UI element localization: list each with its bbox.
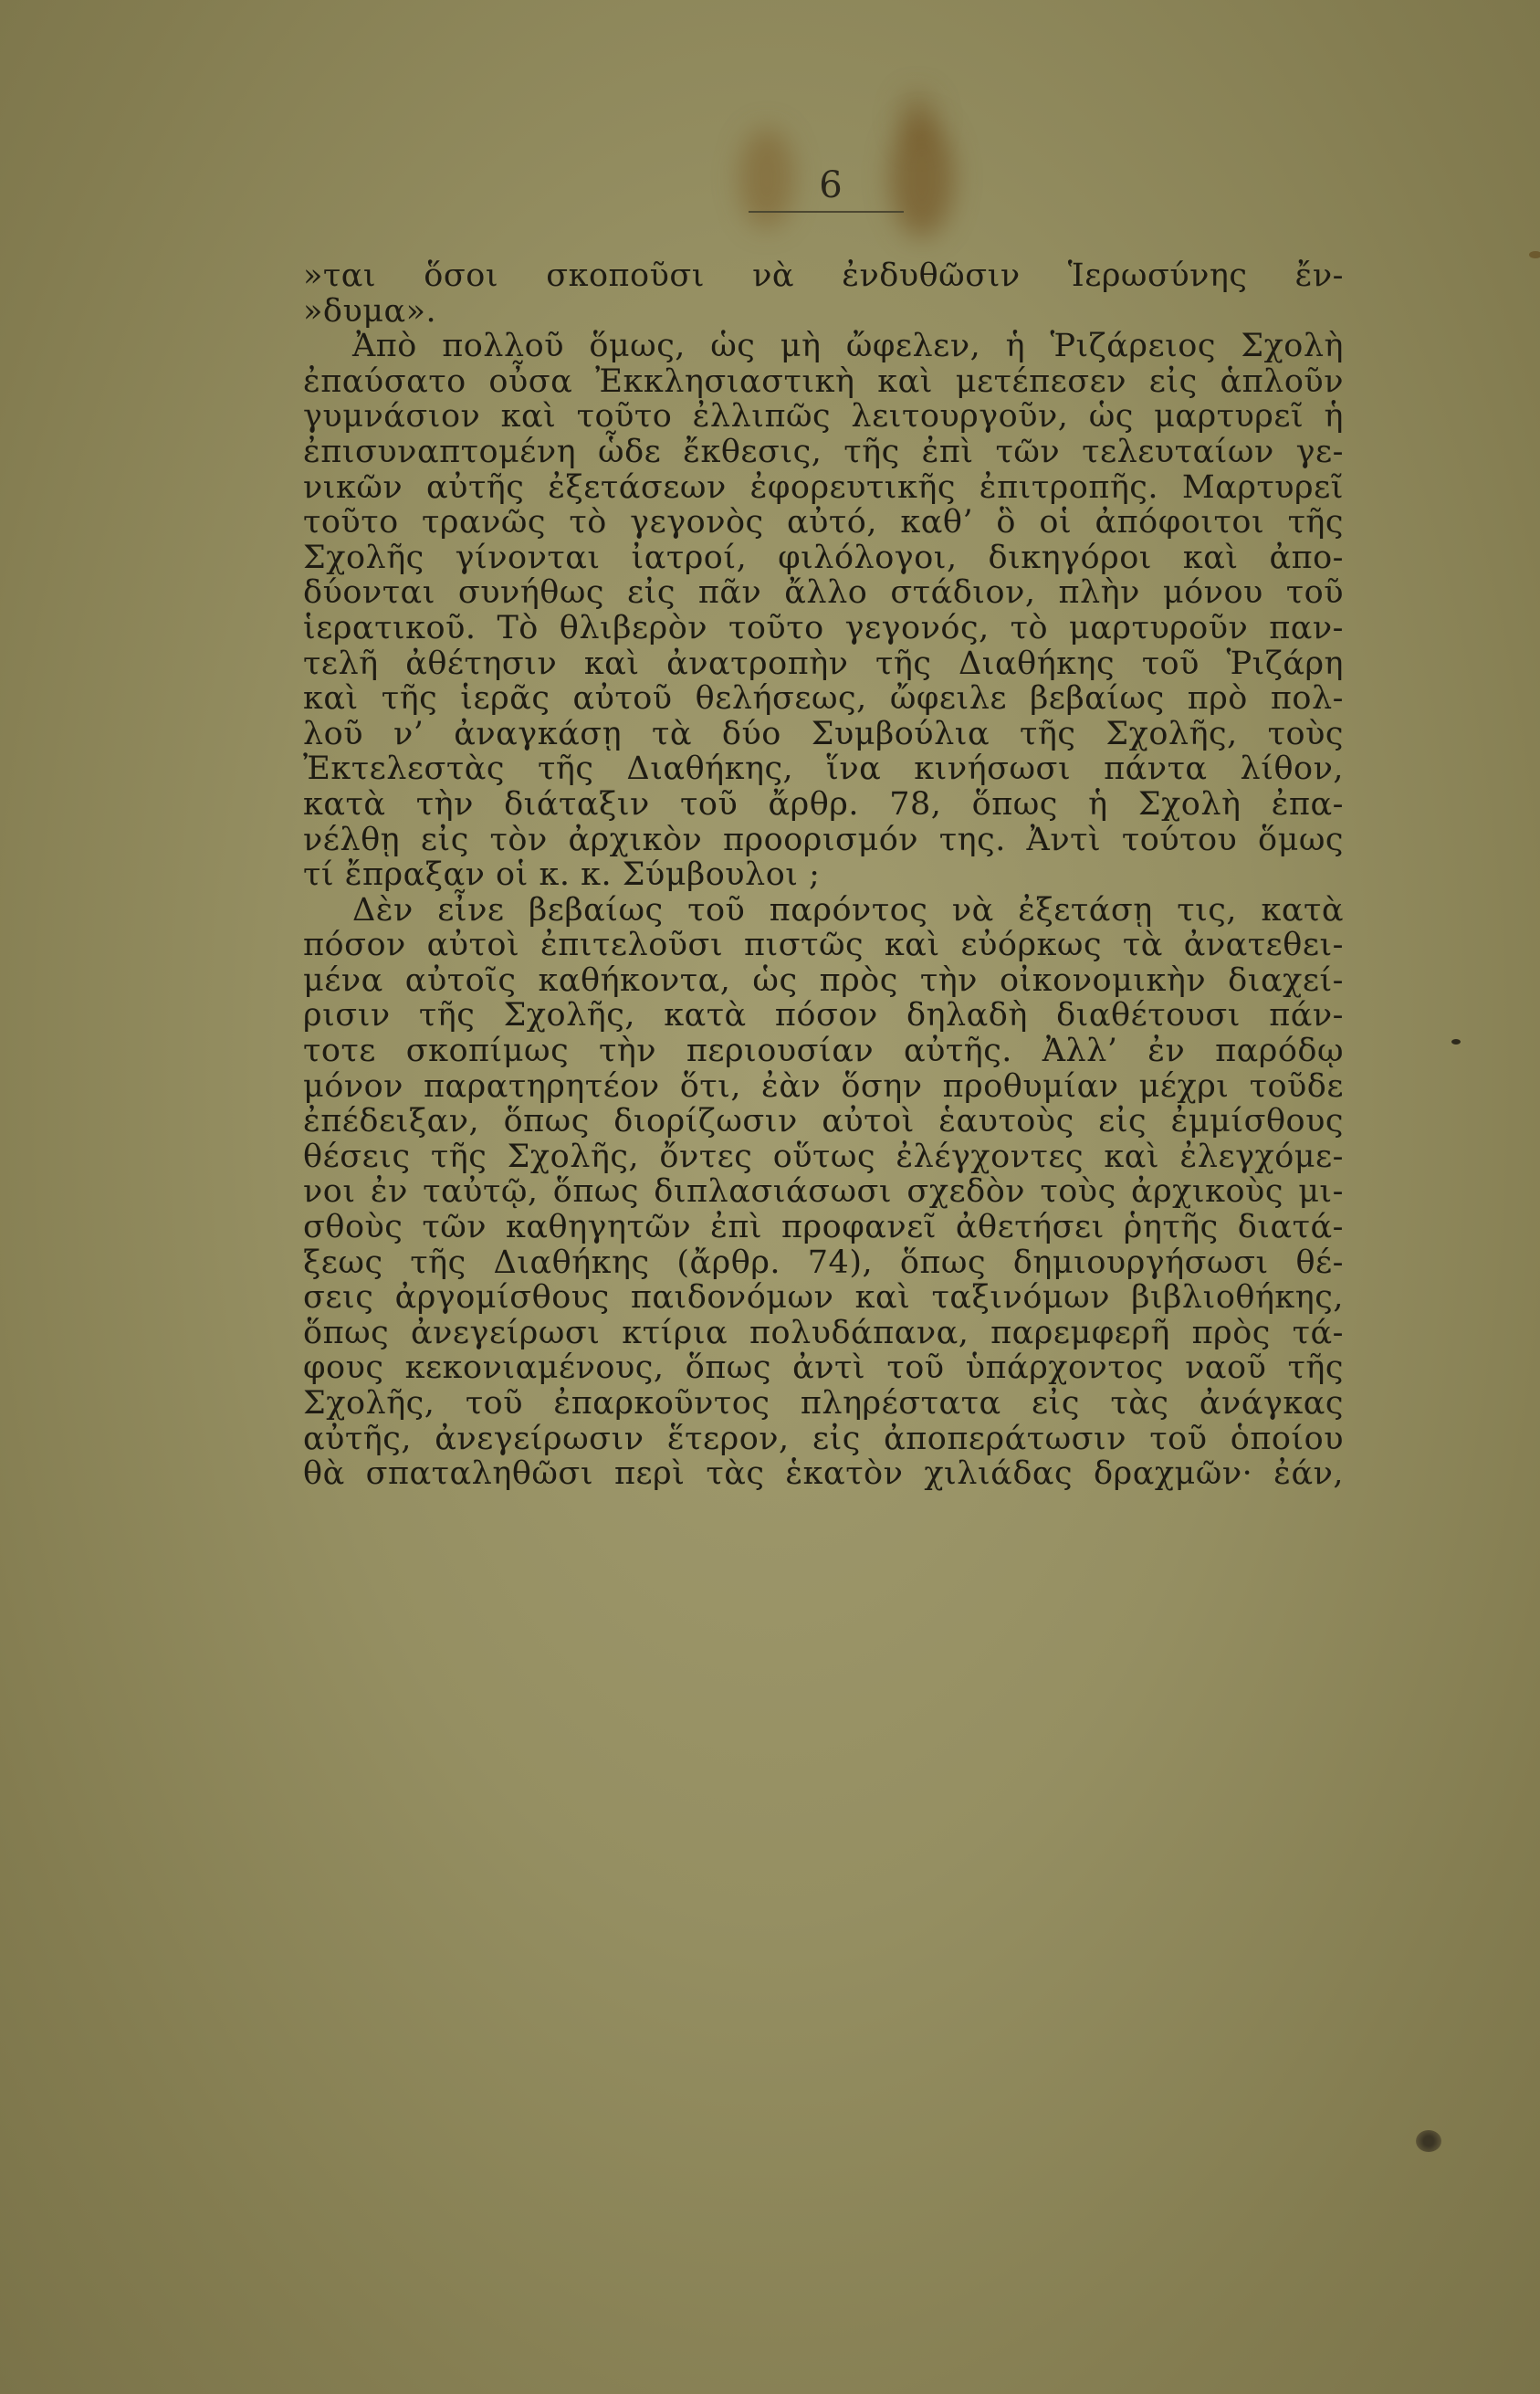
text-line: »δυμα».	[303, 294, 1344, 330]
text-line: ἐπέδειξαν, ὅπως διορίζωσιν αὐτοὶ ἑαυτοὺς…	[303, 1104, 1344, 1139]
ink-speck	[1451, 1039, 1461, 1045]
text-line: θὰ σπαταληθῶσι περὶ τὰς ἑκατὸν χιλιάδας …	[303, 1456, 1344, 1492]
text-line: δύονται συνήθως εἰς πᾶν ἄλλο στάδιον, πλ…	[303, 575, 1344, 611]
text-line: σθοὺς τῶν καθηγητῶν ἐπὶ προφανεῖ ἀθετήσε…	[303, 1210, 1344, 1245]
text-line: καὶ τῆς ἱερᾶς αὐτοῦ θελήσεως, ὤφειλε βεβ…	[303, 681, 1344, 717]
text-line: ἐπαύσατο οὖσα Ἐκκλησιαστικὴ καὶ μετέπεσε…	[303, 364, 1344, 400]
text-line: νικῶν αὐτῆς ἐξετάσεων ἐφορευτικῆς ἐπιτρο…	[303, 470, 1344, 506]
text-line: μόνον παρατηρητέον ὅτι, ἐὰν ὅσην προθυμί…	[303, 1069, 1344, 1105]
text-line: τί ἔπραξαν οἱ κ. κ. Σύμβουλοι ;	[303, 857, 1344, 893]
text-line: γυμνάσιον καὶ τοῦτο ἐλλιπῶς λειτουργοῦν,…	[303, 399, 1344, 435]
ink-speck	[1529, 251, 1540, 258]
stain-mark	[739, 128, 794, 228]
text-line: ἱερατικοῦ. Τὸ θλιβερὸν τοῦτο γεγονός, τὸ…	[303, 611, 1344, 646]
text-line: ὅπως ἀνεγείρωσι κτίρια πολυδάπανα, παρεμ…	[303, 1316, 1344, 1351]
text-line: τελῆ ἀθέτησιν καὶ ἀνατροπὴν τῆς Διαθήκης…	[303, 646, 1344, 682]
text-line: ρισιν τῆς Σχολῆς, κατὰ πόσον δηλαδὴ διαθ…	[303, 998, 1344, 1034]
text-line: φους κεκονιαμένους, ὅπως ἀντὶ τοῦ ὑπάρχο…	[303, 1350, 1344, 1386]
text-line: Δὲν εἶνε βεβαίως τοῦ παρόντος νὰ ἐξετάσῃ…	[303, 893, 1344, 929]
text-line: τοῦτο τρανῶς τὸ γεγονὸς αὐτό, καθ’ ὃ οἱ …	[303, 505, 1344, 541]
page-number: 6	[803, 164, 858, 206]
text-line: θέσεις τῆς Σχολῆς, ὄντες οὕτως ἐλέγχοντε…	[303, 1139, 1344, 1175]
text-line: Ἐκτελεστὰς τῆς Διαθήκης, ἵνα κινήσωσι πά…	[303, 751, 1344, 787]
text-line: »ται ὅσοι σκοποῦσι νὰ ἐνδυθῶσιν Ἱερωσύνη…	[303, 258, 1344, 294]
text-line: σεις ἀργομίσθους παιδονόμων καὶ ταξινόμω…	[303, 1280, 1344, 1316]
text-line: νοι ἐν ταὐτῷ, ὅπως διπλασιάσωσι σχεδὸν τ…	[303, 1174, 1344, 1210]
text-line: ξεως τῆς Διαθήκης (ἄρθρ. 74), ὅπως δημιο…	[303, 1245, 1344, 1281]
text-line: λοῦ ν’ ἀναγκάσῃ τὰ δύο Συμβούλια τῆς Σχο…	[303, 717, 1344, 752]
body-text: »ται ὅσοι σκοποῦσι νὰ ἐνδυθῶσιν Ἱερωσύνη…	[303, 258, 1344, 1492]
text-line: τοτε σκοπίμως τὴν περιουσίαν αὐτῆς. Ἀλλ’…	[303, 1034, 1344, 1069]
header-rule	[749, 211, 904, 213]
stain-mark	[890, 119, 954, 237]
text-line: αὐτῆς, ἀνεγείρωσιν ἕτερον, εἰς ἀποπεράτω…	[303, 1422, 1344, 1457]
text-line: κατὰ τὴν διάταξιν τοῦ ἄρθρ. 78, ὅπως ἡ Σ…	[303, 787, 1344, 823]
text-line: Ἀπὸ πολλοῦ ὅμως, ὡς μὴ ὤφελεν, ἡ Ῥιζάρει…	[303, 329, 1344, 364]
text-line: πόσον αὐτοὶ ἐπιτελοῦσι πιστῶς καὶ εὐόρκω…	[303, 928, 1344, 963]
text-line: Σχολῆς, τοῦ ἐπαρκοῦντος πληρέστατα εἰς τ…	[303, 1386, 1344, 1422]
scanned-book-page: 6 »ται ὅσοι σκοποῦσι νὰ ἐνδυθῶσιν Ἱερωσύ…	[0, 0, 1540, 2394]
text-line: Σχολῆς γίνονται ἰατροί, φιλόλογοι, δικηγ…	[303, 541, 1344, 576]
stain-mark	[899, 91, 936, 146]
ink-blot	[1416, 2130, 1441, 2152]
text-line: νέλθῃ εἰς τὸν ἀρχικὸν προορισμόν της. Ἀν…	[303, 823, 1344, 858]
text-line: μένα αὐτοῖς καθήκοντα, ὡς πρὸς τὴν οἰκον…	[303, 963, 1344, 999]
text-line: ἐπισυναπτομένη ὧδε ἔκθεσις, τῆς ἐπὶ τῶν …	[303, 435, 1344, 470]
